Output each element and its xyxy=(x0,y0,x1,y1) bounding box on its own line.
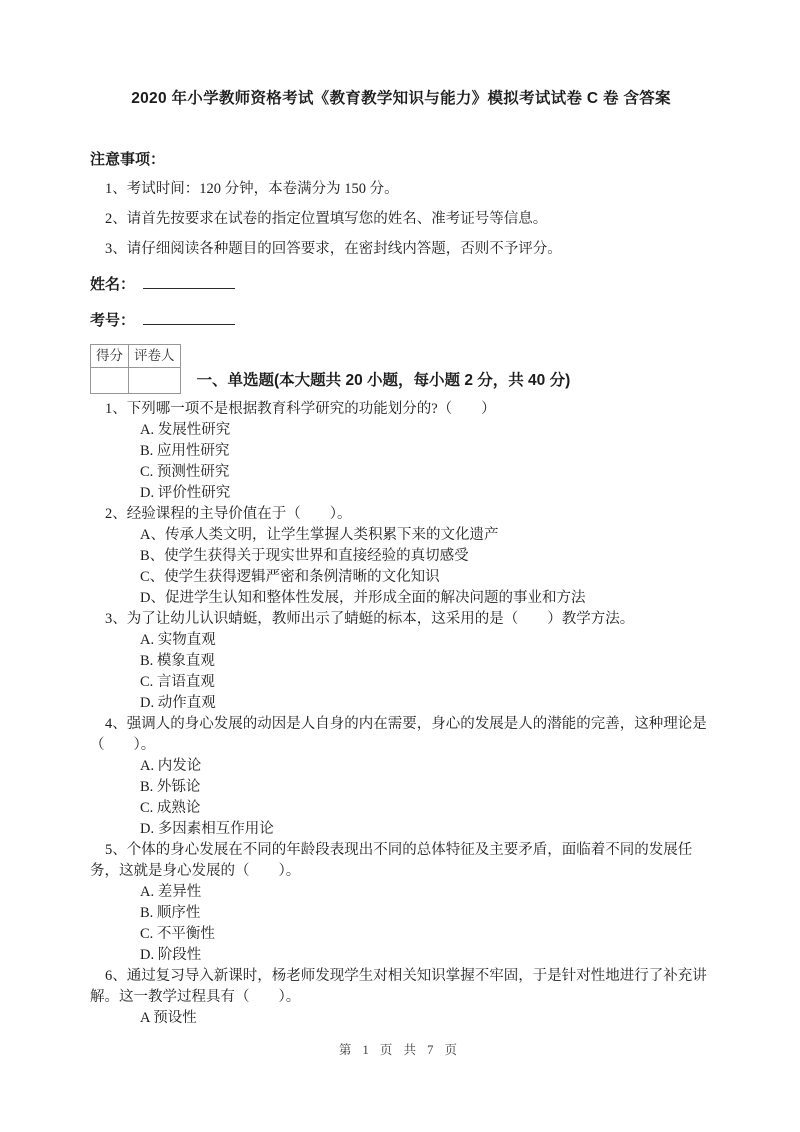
question-1-option-d: D. 评价性研究 xyxy=(140,483,712,504)
question-4-option-b: B. 外铄论 xyxy=(140,777,712,798)
question-1-option-c: C. 预测性研究 xyxy=(140,462,712,483)
exam-page: 2020 年小学教师资格考试《教育教学知识与能力》模拟考试试卷 C 卷 含答案 … xyxy=(0,0,800,1029)
question-3-option-a: A. 实物直观 xyxy=(140,630,712,651)
question-2-option-b: B、使学生获得关于现实世界和直接经验的真切感受 xyxy=(140,546,712,567)
question-5-option-c: C. 不平衡性 xyxy=(140,924,712,945)
question-list: 1、下列哪一项不是根据教育科学研究的功能划分的?（ ） A. 发展性研究 B. … xyxy=(90,399,712,1029)
question-5-option-d: D. 阶段性 xyxy=(140,945,712,966)
exam-no-blank-field xyxy=(143,309,235,325)
exam-no-field-line: 考号： xyxy=(90,309,712,332)
question-2-option-c: C、使学生获得逻辑严密和条例清晰的文化知识 xyxy=(140,567,712,588)
question-2-option-d: D、促进学生认知和整体性发展，并形成全面的解决问题的事业和方法 xyxy=(140,588,712,609)
question-3-option-d: D. 动作直观 xyxy=(140,693,712,714)
question-4-option-d: D. 多因素相互作用论 xyxy=(140,819,712,840)
grader-header-cell: 评卷人 xyxy=(129,345,181,368)
score-empty-cell xyxy=(91,368,129,394)
question-4-option-a: A. 内发论 xyxy=(140,756,712,777)
question-text-6: 6、通过复习导入新课时，杨老师发现学生对相关知识掌握不牢固，于是针对性地进行了补… xyxy=(90,966,712,1008)
notice-heading: 注意事项： xyxy=(90,149,712,170)
question-5-option-b: B. 顺序性 xyxy=(140,903,712,924)
exam-no-label: 考号： xyxy=(90,312,135,329)
question-4-option-c: C. 成熟论 xyxy=(140,798,712,819)
page-title: 2020 年小学教师资格考试《教育教学知识与能力》模拟考试试卷 C 卷 含答案 xyxy=(90,88,712,109)
question-text-2: 2、经验课程的主导价值在于（ ）。 xyxy=(90,504,712,525)
name-field-line: 姓名： xyxy=(90,273,712,296)
question-text-5: 5、个体的身心发展在不同的年龄段表现出不同的总体特征及主要矛盾，面临着不同的发展… xyxy=(90,840,712,882)
section-heading: 一、单选题(本大题共 20 小题，每小题 2 分，共 40 分) xyxy=(197,370,571,394)
question-1-option-b: B. 应用性研究 xyxy=(140,441,712,462)
question-text-4: 4、强调人的身心发展的动因是人自身的内在需要，身心的发展是人的潜能的完善，这种理… xyxy=(90,714,712,756)
notice-item: 3、请仔细阅读各种题目的回答要求，在密封线内答题，否则不予评分。 xyxy=(90,239,712,260)
question-text-1: 1、下列哪一项不是根据教育科学研究的功能划分的?（ ） xyxy=(90,399,712,420)
score-table: 得分 评卷人 xyxy=(90,344,181,394)
page-footer: 第 1 页 共 7 页 xyxy=(0,1040,800,1058)
question-3-option-b: B. 模象直观 xyxy=(140,651,712,672)
name-blank-field xyxy=(143,273,235,289)
question-text-3: 3、为了让幼儿认识蜻蜓，教师出示了蜻蜓的标本，这采用的是（ ）教学方法。 xyxy=(90,609,712,630)
notice-item: 1、考试时间：120 分钟，本卷满分为 150 分。 xyxy=(90,179,712,200)
question-2-option-a: A、传承人类文明，让学生掌握人类积累下来的文化遗产 xyxy=(140,525,712,546)
score-header-cell: 得分 xyxy=(91,345,129,368)
question-5-option-a: A. 差异性 xyxy=(140,882,712,903)
question-6-option-a: A 预设性 xyxy=(140,1008,712,1029)
question-1-option-a: A. 发展性研究 xyxy=(140,420,712,441)
name-label: 姓名： xyxy=(90,276,135,293)
notice-item: 2、请首先按要求在试卷的指定位置填写您的姓名、准考证号等信息。 xyxy=(90,209,712,230)
score-section: 得分 评卷人 一、单选题(本大题共 20 小题，每小题 2 分，共 40 分) xyxy=(90,344,712,394)
grader-empty-cell xyxy=(129,368,181,394)
question-3-option-c: C. 言语直观 xyxy=(140,672,712,693)
